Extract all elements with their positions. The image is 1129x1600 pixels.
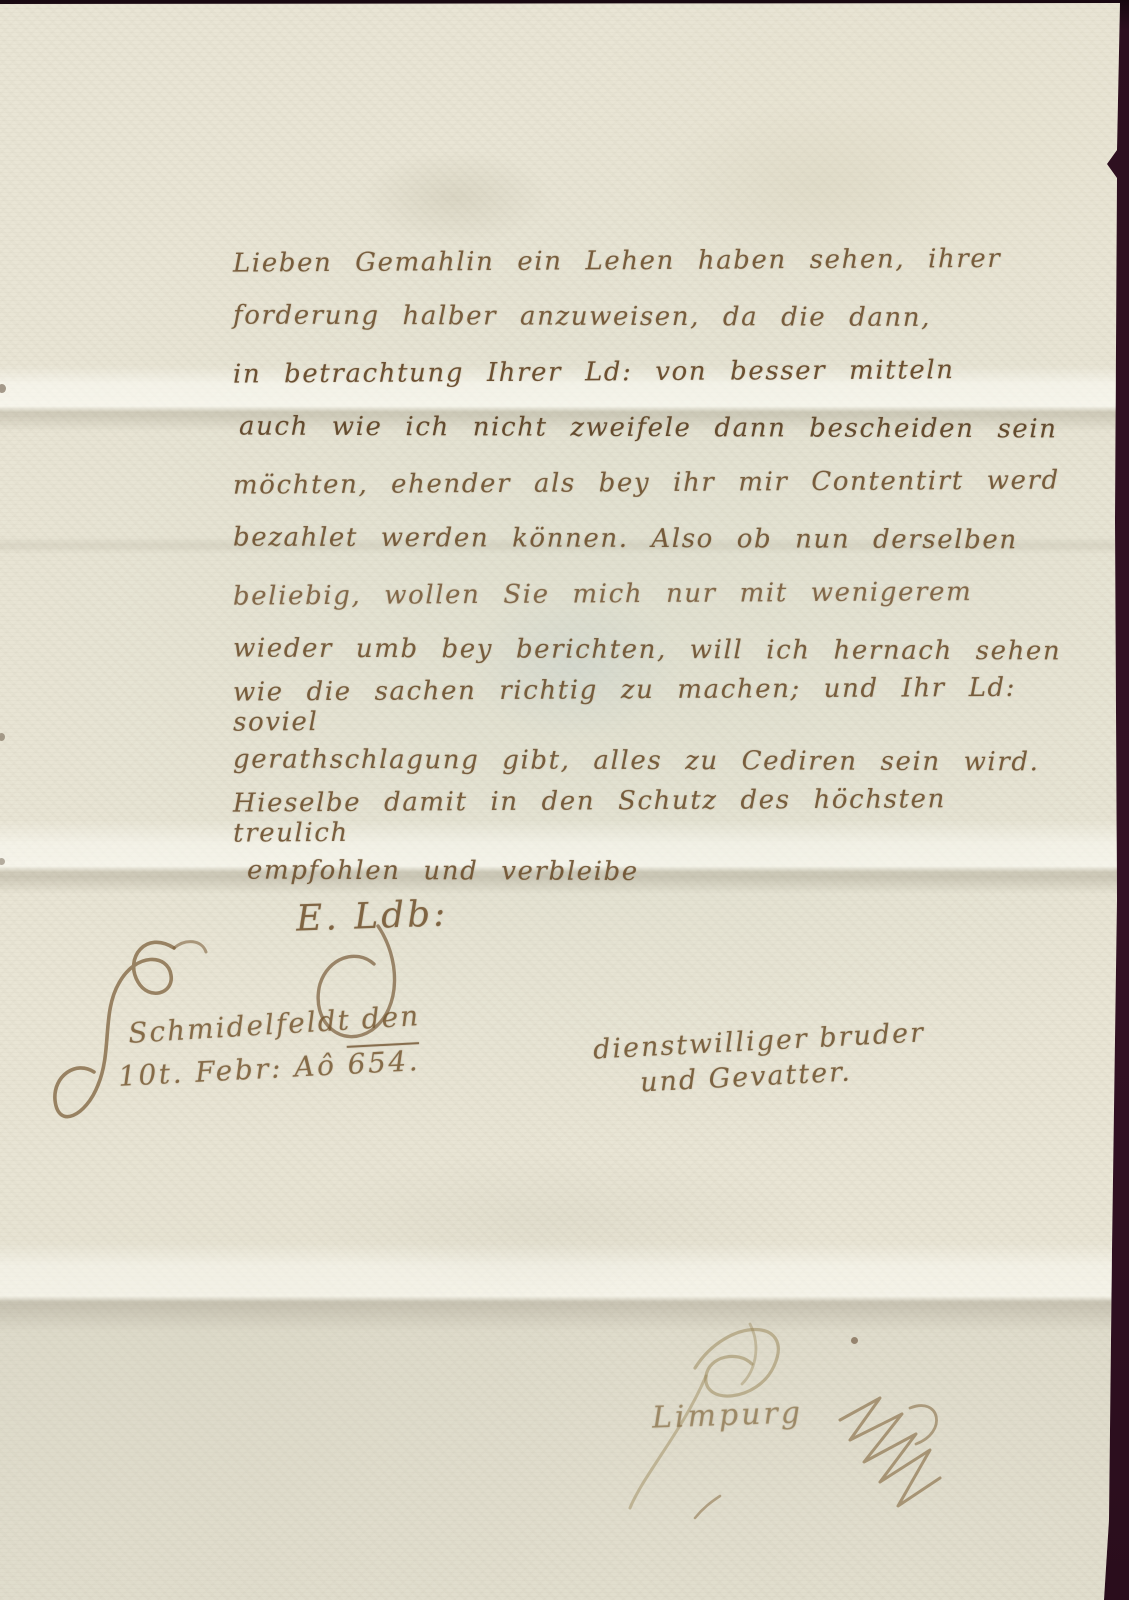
docket-scribble — [818, 1388, 968, 1528]
date-year: 654. — [347, 1044, 421, 1081]
paper-stain — [360, 150, 550, 245]
handwritten-line: forderung halber anzuweisen, da die dann… — [233, 287, 1078, 345]
signature-line-1: dienstwilliger bruder — [592, 1017, 925, 1065]
handwritten-line: wie die sachen richtig zu machen; und Ih… — [233, 674, 1078, 735]
edge-speck — [0, 858, 5, 865]
handwritten-line: Hieselbe damit in den Schutz des höchste… — [233, 785, 1078, 846]
signature-line-2: und Gevatter. — [639, 1056, 852, 1098]
letter-body: Lieben Gemahlin ein Lehen haben sehen, i… — [233, 233, 1078, 899]
handwritten-line: beliebig, wollen Sie mich nur mit wenige… — [233, 563, 1078, 624]
handwritten-line: bezahlet werden können. Also ob nun ders… — [233, 509, 1078, 567]
handwritten-line: auch wie ich nicht zweifele dann beschei… — [233, 398, 1078, 456]
docket-signature: Limpurg — [651, 1395, 803, 1435]
handwritten-line: in betrachtung Ihrer Ld: von besser mitt… — [233, 341, 1078, 402]
handwritten-line: empfohlen und verbleibe — [233, 842, 1078, 900]
handwritten-line: wieder umb bey berichten, will ich herna… — [233, 620, 1078, 678]
letter-sheet: Lieben Gemahlin ein Lehen haben sehen, i… — [0, 0, 1129, 1600]
paper-stain — [300, 1150, 820, 1290]
handwritten-line: gerathschlagung gibt, alles zu Cediren s… — [233, 731, 1078, 789]
edge-speck — [0, 384, 6, 393]
handwritten-line: Lieben Gemahlin ein Lehen haben sehen, i… — [233, 230, 1078, 291]
docket-tick — [693, 1494, 723, 1520]
edge-speck — [0, 733, 5, 741]
handwritten-line: möchten, ehender als bey ihr mir Content… — [233, 452, 1078, 513]
photograph-backdrop: Lieben Gemahlin ein Lehen haben sehen, i… — [0, 0, 1129, 1600]
